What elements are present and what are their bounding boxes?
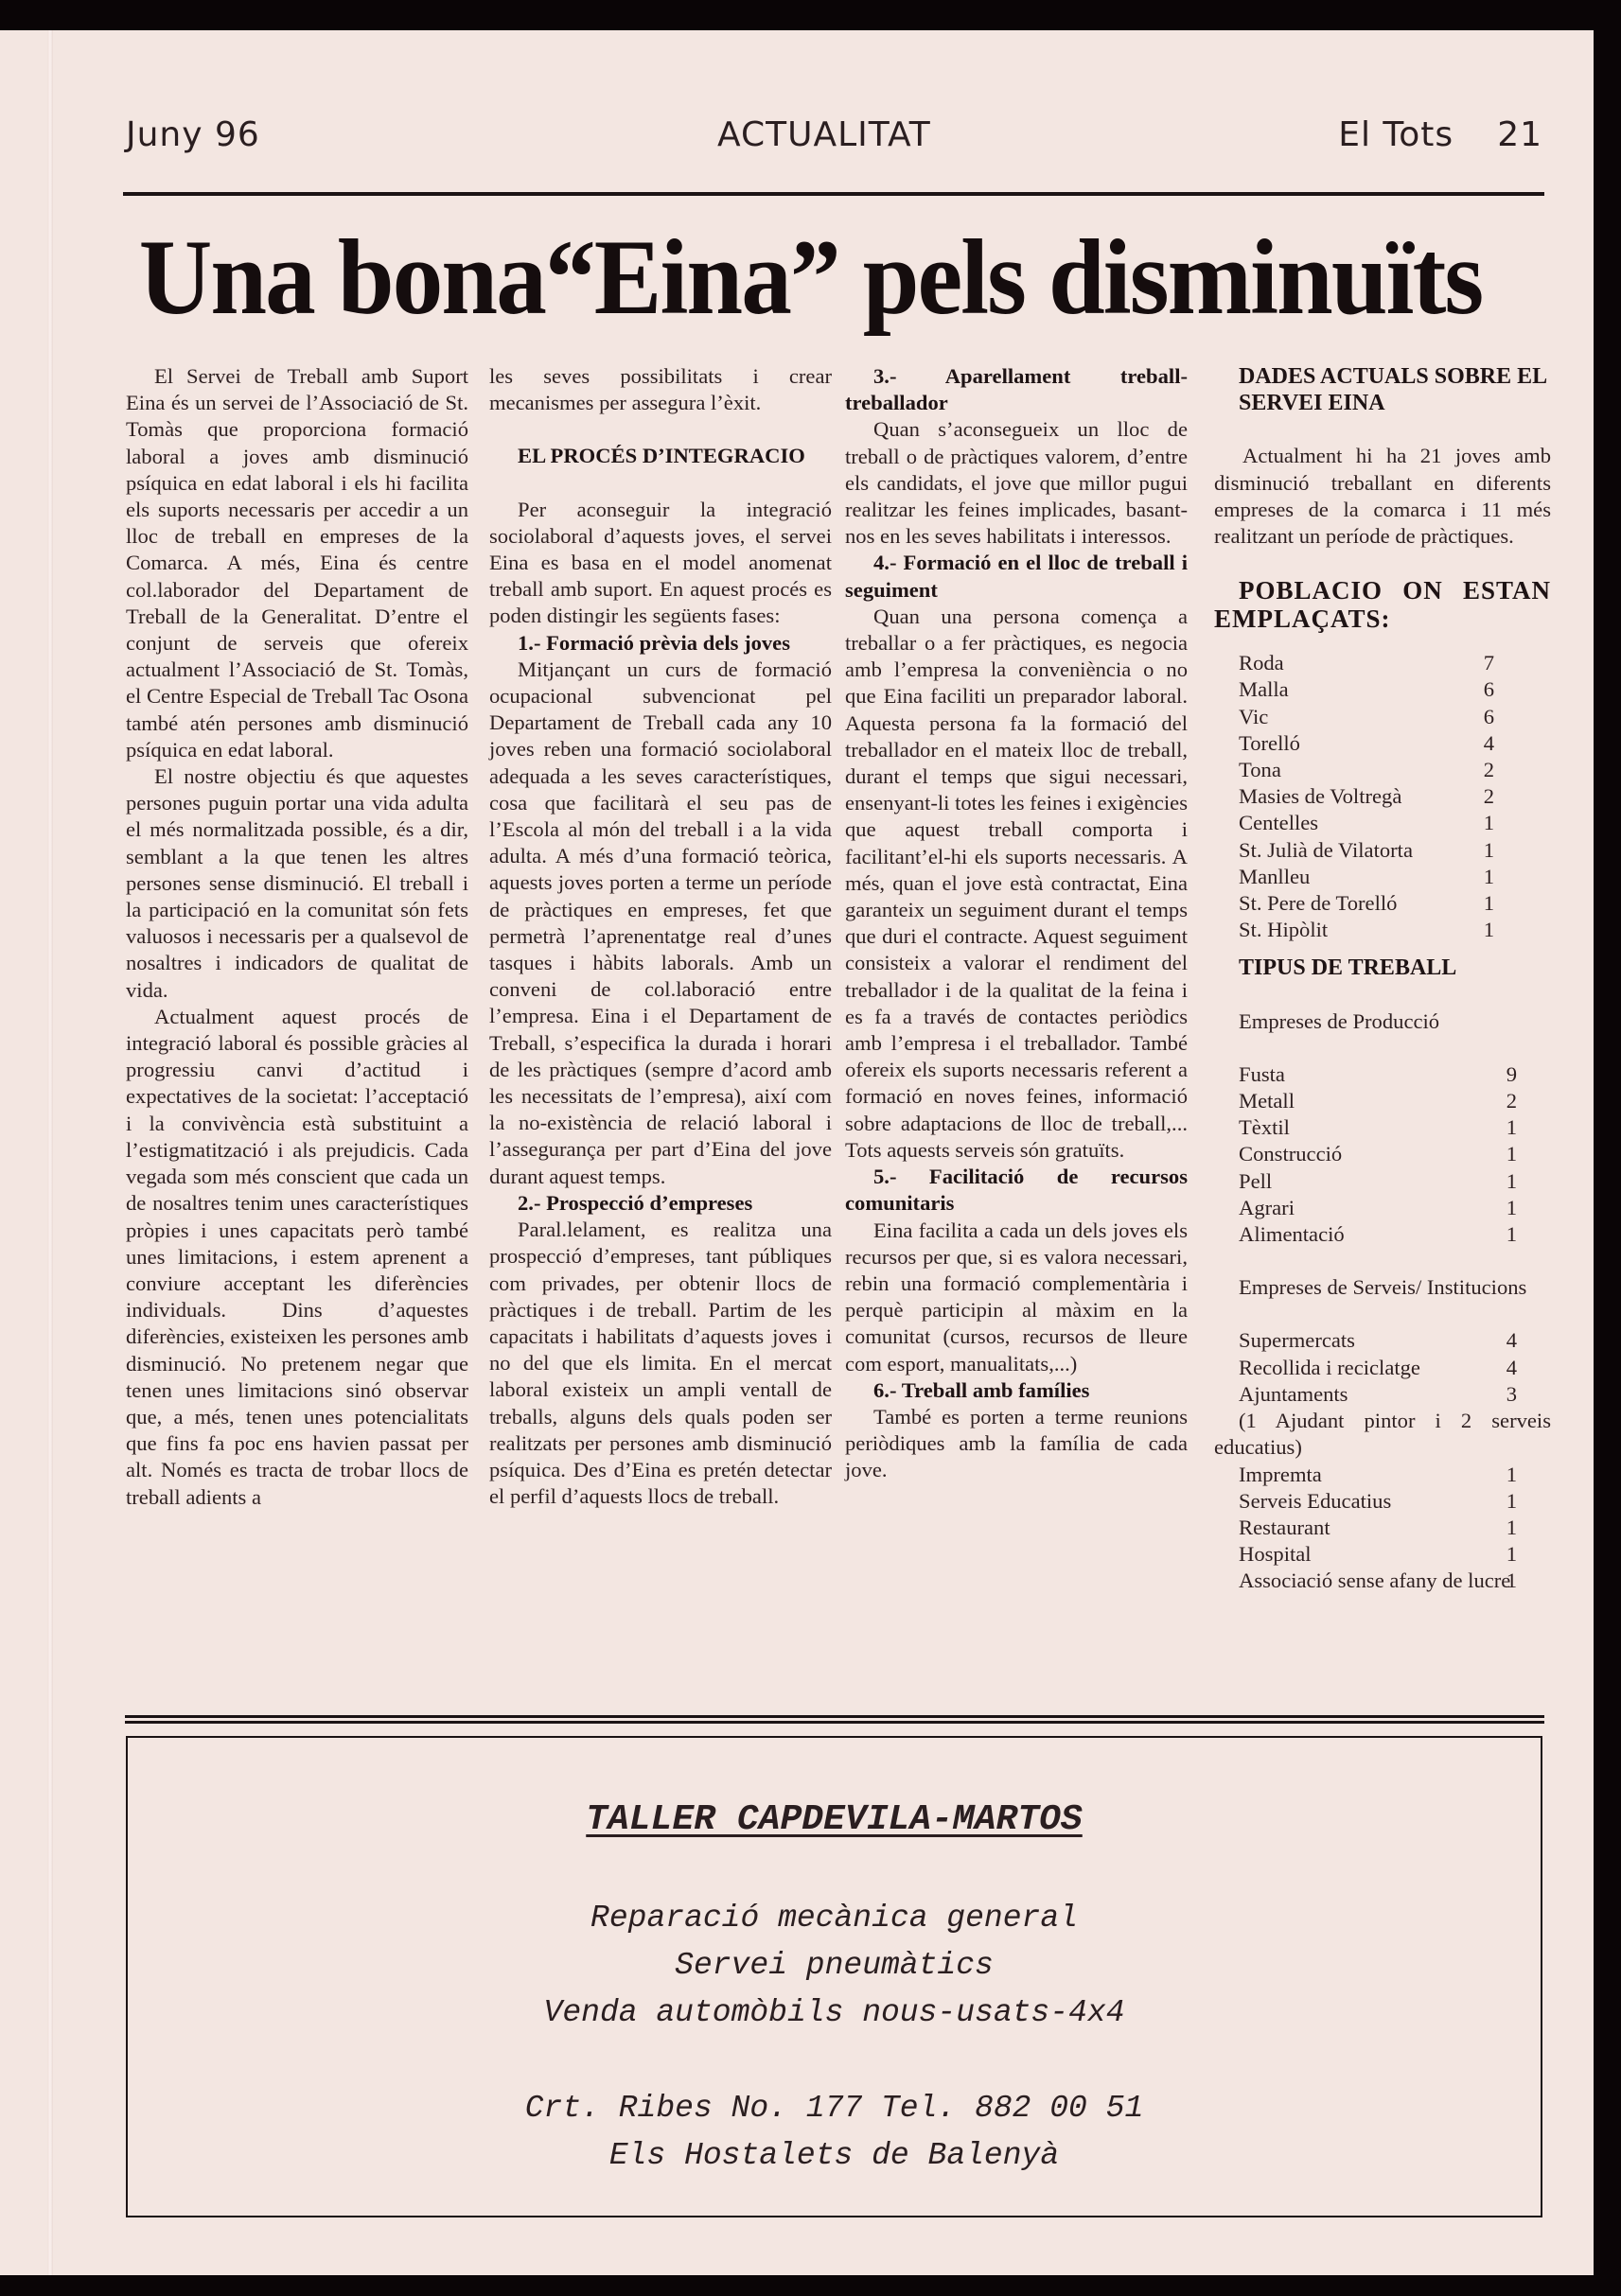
name-cell: Impremta	[1214, 1462, 1483, 1488]
page-number: 21	[1497, 115, 1542, 154]
count-cell: 1	[1466, 917, 1551, 943]
name-cell: Masies de Voltregà	[1214, 783, 1466, 810]
name-cell: St. Pere de Torelló	[1214, 890, 1466, 917]
table-row: Construcció1	[1214, 1141, 1551, 1167]
name-cell: St. Julià de Vilatorta	[1214, 837, 1466, 864]
table-row: Roda7	[1214, 650, 1551, 676]
table-row: Serveis Educatius1	[1214, 1488, 1551, 1515]
ad-town: Els Hostalets de Balenyà	[128, 2138, 1541, 2173]
count-cell: 1	[1466, 890, 1551, 917]
phase-heading-1: 1.- Formació prèvia dels joves	[489, 630, 832, 657]
count-cell: 2	[1466, 783, 1551, 810]
name-cell: Tona	[1214, 757, 1466, 783]
table-row: Restaurant1	[1214, 1515, 1551, 1541]
phase-heading-6: 6.- Treball amb famílies	[845, 1377, 1188, 1404]
count-cell: 1	[1483, 1488, 1551, 1515]
name-cell: Ajuntaments	[1214, 1381, 1491, 1408]
nonprofit-count: 1	[1506, 1568, 1517, 1594]
ad-address: Crt. Ribes No. 177 Tel. 882 00 51	[128, 2091, 1541, 2126]
count-cell: 9	[1465, 1061, 1551, 1088]
article-column-2: les seves possibilitats i crear mecanism…	[489, 363, 832, 1510]
data-sidebar: DADES ACTUALS SOBRE EL SERVEI EINA Actua…	[1214, 363, 1551, 1595]
name-cell: Metall	[1214, 1088, 1465, 1114]
headline: Una bona“Eina” pels disminuïts	[41, 224, 1580, 331]
table-row: Metall2	[1214, 1088, 1551, 1114]
locations-table: Roda7 Malla6 Vic6 Torelló4 Tona2 Masies …	[1214, 650, 1551, 943]
table-row: Pell1	[1214, 1168, 1551, 1195]
count-cell: 1	[1483, 1515, 1551, 1541]
magazine-page: Juny 96 ACTUALITAT El Tots21 Una bona“Ei…	[0, 30, 1594, 2275]
name-cell: Hospital	[1214, 1541, 1483, 1568]
name-cell: Agrari	[1214, 1195, 1465, 1221]
table-row: Masies de Voltregà2	[1214, 783, 1551, 810]
paragraph: Eina facilita a cada un dels joves els r…	[845, 1218, 1188, 1377]
nonprofit-label: Associació sense afany de lucre	[1214, 1568, 1551, 1594]
phase-heading-2: 2.- Prospecció d’empreses	[489, 1190, 832, 1217]
paragraph: Paral.lelament, es realitza una prospecc…	[489, 1217, 832, 1510]
article-column-1: El Servei de Treball amb Suport Eina és …	[126, 363, 468, 1511]
table-row: St. Pere de Torelló1	[1214, 890, 1551, 917]
header-divider	[123, 192, 1544, 196]
name-cell: Construcció	[1214, 1141, 1465, 1167]
table-row: Fusta9	[1214, 1061, 1551, 1088]
paragraph: Quan una persona comença a treballar o a…	[845, 604, 1188, 1164]
name-cell: Centelles	[1214, 810, 1466, 836]
count-cell: 6	[1466, 676, 1551, 703]
paragraph: El Servei de Treball amb Suport Eina és …	[126, 363, 468, 763]
name-cell: Recollida i reciclatge	[1214, 1355, 1491, 1381]
table-row: Alimentació1	[1214, 1221, 1551, 1248]
name-cell: Roda	[1214, 650, 1466, 676]
paragraph: les seves possibilitats i crear mecanism…	[489, 363, 832, 416]
ad-service-line: Venda automòbils nous-usats-4x4	[128, 1995, 1541, 2030]
count-cell: 1	[1466, 864, 1551, 890]
paragraph: El nostre objectiu és que aquestes perso…	[126, 763, 468, 1004]
name-cell: Tèxtil	[1214, 1114, 1465, 1141]
phase-heading-4: 4.- Formació en el lloc de treball i seg…	[845, 550, 1188, 603]
name-cell: Vic	[1214, 704, 1466, 730]
paragraph: Mitjançant un curs de formació ocupacion…	[489, 657, 832, 1190]
paragraph: També es porten a terme reunions periòdi…	[845, 1404, 1188, 1484]
ad-service-line: Reparació mecànica general	[128, 1901, 1541, 1936]
paragraph: Quan s’aconsegueix un lloc de treball o …	[845, 416, 1188, 550]
services-note: (1 Ajudant pintor i 2 serveis educatius)	[1214, 1408, 1551, 1461]
name-cell: Manlleu	[1214, 864, 1466, 890]
count-cell: 1	[1483, 1541, 1551, 1568]
sidebar-heading-work-types: TIPUS DE TREBALL	[1214, 955, 1551, 981]
count-cell: 4	[1491, 1355, 1551, 1381]
name-cell: Malla	[1214, 676, 1466, 703]
services-table: Supermercats4 Recollida i reciclatge4 Aj…	[1214, 1327, 1551, 1408]
phase-heading-5: 5.- Facilitació de recursos comunitaris	[845, 1164, 1188, 1217]
article-column-3: 3.- Aparellament treball-treballador Qua…	[845, 363, 1188, 1484]
count-cell: 1	[1483, 1462, 1551, 1488]
publication-info: El Tots21	[1338, 115, 1542, 154]
table-row: St. Hipòlit1	[1214, 917, 1551, 943]
ad-service-line: Servei pneumàtics	[128, 1948, 1541, 1983]
table-row: St. Julià de Vilatorta1	[1214, 837, 1551, 864]
table-row: Ajuntaments3	[1214, 1381, 1551, 1408]
name-cell: Fusta	[1214, 1061, 1465, 1088]
production-table: Fusta9 Metall2 Tèxtil1 Construcció1 Pell…	[1214, 1061, 1551, 1248]
advertisement-box: TALLER CAPDEVILA-MARTOS Reparació mecàni…	[126, 1736, 1542, 2217]
sidebar-heading-locations: POBLACIO ON ESTAN EMPLAÇATS:	[1214, 576, 1551, 633]
name-cell: Serveis Educatius	[1214, 1488, 1483, 1515]
table-row: Recollida i reciclatge4	[1214, 1355, 1551, 1381]
table-row: Torelló4	[1214, 730, 1551, 757]
name-cell: Supermercats	[1214, 1327, 1491, 1354]
services-label: Empreses de Serveis/ Institucions	[1214, 1274, 1551, 1301]
table-row: Tona2	[1214, 757, 1551, 783]
publication-name: El Tots	[1338, 115, 1454, 154]
name-cell: Pell	[1214, 1168, 1465, 1195]
issue-date: Juny 96	[126, 115, 260, 154]
table-row: Impremta1	[1214, 1462, 1551, 1488]
count-cell: 4	[1466, 730, 1551, 757]
count-cell: 1	[1466, 837, 1551, 864]
sidebar-heading-data: DADES ACTUALS SOBRE EL SERVEI EINA	[1214, 363, 1551, 416]
count-cell: 1	[1465, 1168, 1551, 1195]
section-heading: EL PROCÉS D’INTEGRACIO	[489, 443, 832, 469]
name-cell: St. Hipòlit	[1214, 917, 1466, 943]
table-row: Malla6	[1214, 676, 1551, 703]
name-cell: Torelló	[1214, 730, 1466, 757]
table-row: Tèxtil1	[1214, 1114, 1551, 1141]
count-cell: 2	[1466, 757, 1551, 783]
count-cell: 1	[1465, 1195, 1551, 1221]
count-cell: 7	[1466, 650, 1551, 676]
nonprofit-row: Associació sense afany de lucre 1	[1214, 1568, 1551, 1594]
phase-heading-3: 3.- Aparellament treball-treballador	[845, 363, 1188, 416]
count-cell: 1	[1466, 810, 1551, 836]
ad-title: TALLER CAPDEVILA-MARTOS	[128, 1799, 1541, 1840]
paragraph: Actualment hi ha 21 joves amb disminució…	[1214, 443, 1551, 550]
count-cell: 2	[1465, 1088, 1551, 1114]
paragraph: Actualment aquest procés de integració l…	[126, 1004, 468, 1511]
count-cell: 1	[1465, 1141, 1551, 1167]
section-name: ACTUALITAT	[717, 115, 931, 154]
page-fold	[47, 30, 53, 2275]
name-cell: Restaurant	[1214, 1515, 1483, 1541]
count-cell: 3	[1491, 1381, 1551, 1408]
running-header: Juny 96 ACTUALITAT El Tots21	[126, 115, 1542, 163]
table-row: Vic6	[1214, 704, 1551, 730]
services-table-2: Impremta1 Serveis Educatius1 Restaurant1…	[1214, 1462, 1551, 1569]
section-divider	[125, 1715, 1544, 1724]
table-row: Supermercats4	[1214, 1327, 1551, 1354]
table-row: Centelles1	[1214, 810, 1551, 836]
table-row: Manlleu1	[1214, 864, 1551, 890]
name-cell: Alimentació	[1214, 1221, 1465, 1248]
count-cell: 6	[1466, 704, 1551, 730]
table-row: Hospital1	[1214, 1541, 1551, 1568]
table-row: Agrari1	[1214, 1195, 1551, 1221]
production-label: Empreses de Producció	[1214, 1008, 1551, 1035]
count-cell: 4	[1491, 1327, 1551, 1354]
paragraph: Per aconseguir la integració sociolabora…	[489, 497, 832, 630]
count-cell: 1	[1465, 1221, 1551, 1248]
count-cell: 1	[1465, 1114, 1551, 1141]
